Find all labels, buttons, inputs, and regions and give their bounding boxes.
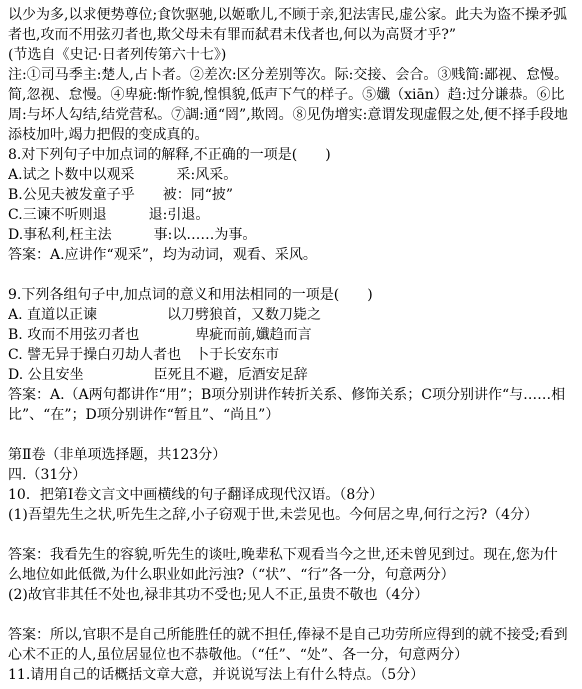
text-line: C. 譬无异于操白刃劫人者也 卜于长安东市	[8, 345, 580, 365]
text-line: A. 直道以正谏 以刀劈狼首，又数刀毙之	[8, 305, 580, 325]
text-line: 第Ⅱ卷（非单项选择题，共123分）	[8, 445, 580, 465]
text-line: 四.（31分）	[8, 465, 580, 485]
text-line: 么地位如此低微,为什么职业如此污浊?（“状”、“行”各一分，句意两分）	[8, 565, 580, 585]
text-line	[8, 425, 580, 445]
text-line: 答案：A.（A两句都讲作“用”；B项分别讲作转折关系、修饰关系；C项分别讲作“与…	[8, 385, 580, 405]
text-line: B. 攻而不用弦刃者也 卑疵而前,孅趋而言	[8, 325, 580, 345]
text-line: 比”、“在”；D项分别讲作“暂且”、“尚且”）	[8, 405, 580, 425]
blank-line	[8, 425, 580, 445]
text-line: (2)故官非其任不处也,禄非其功不受也;见人不正,虽贵不敬也（4分）	[8, 585, 580, 605]
text-line	[8, 525, 580, 545]
question-8: 8.对下列句子中加点词的解释,不正确的一项是( )A.试之卜数中以观采 采:风采…	[8, 145, 580, 265]
question-9: 9.下列各组句子中,加点词的意义和用法相同的一项是( )A. 直道以正谏 以刀劈…	[8, 285, 580, 425]
blank-line	[8, 265, 580, 285]
text-line: 以少为多,以求便势尊位;食饮驱驰,以姬歌儿,不顾于亲,犯法害民,虚公家。此夫为盗…	[8, 5, 580, 25]
text-line: 周:与坏人勾结,结党营私。⑦調:通“罔”,欺罔。⑧见伪增实:意谓发现虚假之处,便…	[8, 105, 580, 125]
text-line: B.公见夫被发童子乎 被：同“披”	[8, 185, 580, 205]
text-line: D. 公且安坐 臣死且不避，卮酒安足辞	[8, 365, 580, 385]
text-line: A.试之卜数中以观采 采:风采。	[8, 165, 580, 185]
question-11: 11.请用自己的话概括文章大意，并说说写法上有什么特点。（5分）	[8, 665, 580, 685]
text-line: C.三谏不听则退 退:引退。	[8, 205, 580, 225]
text-line: 8.对下列句子中加点词的解释,不正确的一项是( )	[8, 145, 580, 165]
text-line: 注:①司马季主:楚人,占卜者。②差次:区分差别等次。际:交接、会合。③贱简:鄙视…	[8, 65, 580, 85]
text-line: 添枝加叶,竭力把假的变成真的。	[8, 125, 580, 145]
passage-excerpt: 以少为多,以求便势尊位;食饮驱驰,以姬歌儿,不顾于亲,犯法害民,虚公家。此夫为盗…	[8, 5, 580, 45]
text-line: 答案：所以,官职不是自己所能胜任的就不担任,俸禄不是自己功劳所应得到的就不接受;…	[8, 625, 580, 645]
text-line: (节选自《史记·日者列传第六十七》)	[8, 45, 580, 65]
blank-line	[8, 605, 580, 625]
passage-notes: 注:①司马季主:楚人,占卜者。②差次:区分差别等次。际:交接、会合。③贱简:鄙视…	[8, 65, 580, 145]
document-page: 以少为多,以求便势尊位;食饮驱驰,以姬歌儿,不顾于亲,犯法害民,虚公家。此夫为盗…	[0, 0, 582, 689]
text-line: 11.请用自己的话概括文章大意，并说说写法上有什么特点。（5分）	[8, 665, 580, 685]
blank-line	[8, 525, 580, 545]
text-line: 10．把第Ⅰ卷文言文中画横线的句子翻译成现代汉语。（8分）	[8, 485, 580, 505]
answer-10-1: 答案：我看先生的容貌,听先生的谈吐,晚辈私下观看当今之世,还未曾见到过。现在,您…	[8, 545, 580, 585]
text-line: 心术不正的人,虽位居显位也不恭敬他。（“任”、“处”、各一分，句意两分）	[8, 645, 580, 665]
question-10-2: (2)故官非其任不处也,禄非其功不受也;见人不正,虽贵不敬也（4分）	[8, 585, 580, 605]
part-ii-header: 第Ⅱ卷（非单项选择题，共123分）四.（31分）	[8, 445, 580, 485]
question-10: 10．把第Ⅰ卷文言文中画横线的句子翻译成现代汉语。（8分）(1)吾望先生之状,听…	[8, 485, 580, 525]
text-line: 者也,攻而不用弦刃者也,欺父母未有罪而弑君未伐者也,何以为高贤才乎?”	[8, 25, 580, 45]
answer-10-2: 答案：所以,官职不是自己所能胜任的就不担任,俸禄不是自己功劳所应得到的就不接受;…	[8, 625, 580, 665]
text-line: 答案：我看先生的容貌,听先生的谈吐,晚辈私下观看当今之世,还未曾见到过。现在,您…	[8, 545, 580, 565]
text-line	[8, 605, 580, 625]
text-line: D.事私利,枉主法 事:以……为事。	[8, 225, 580, 245]
text-line: 简,忽视、怠慢。④卑疵:惭怍貌,惶惧貌,低声下气的样子。⑤孅（xiān）趋:过分…	[8, 85, 580, 105]
text-line: 答案：A.应讲作“观采”，均为动词，观看、采风。	[8, 245, 580, 265]
passage-source: (节选自《史记·日者列传第六十七》)	[8, 45, 580, 65]
document-body: 以少为多,以求便势尊位;食饮驱驰,以姬歌儿,不顾于亲,犯法害民,虚公家。此夫为盗…	[0, 0, 582, 685]
text-line: (1)吾望先生之状,听先生之辞,小子窃观于世,未尝见也。今何居之卑,何行之污?（…	[8, 505, 580, 525]
text-line: 9.下列各组句子中,加点词的意义和用法相同的一项是( )	[8, 285, 580, 305]
text-line	[8, 265, 580, 285]
